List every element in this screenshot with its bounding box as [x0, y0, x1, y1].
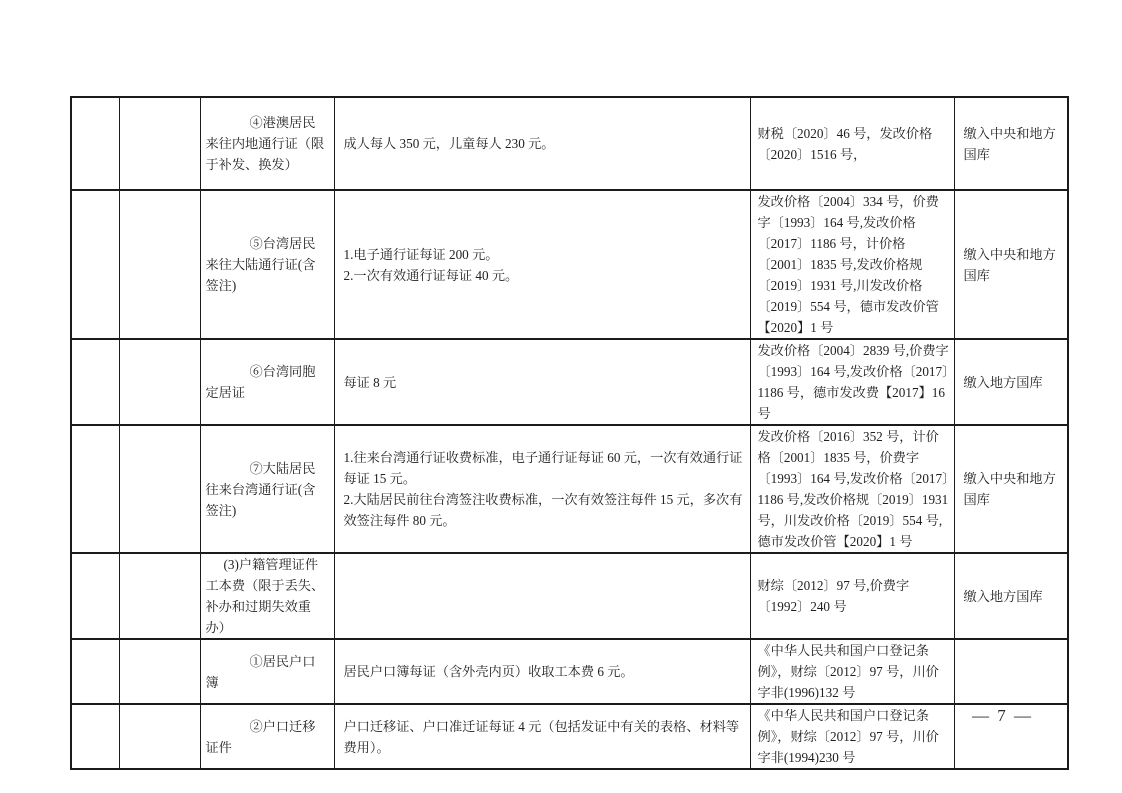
- table-row: ⑥台湾同胞定居证 每证 8 元 发改价格〔2004〕2839 号,价费字〔199…: [71, 339, 1068, 425]
- fee-cell: [334, 553, 750, 639]
- treasury-label: 缴入中央和地方国库: [955, 468, 1068, 510]
- item-name-cell: ②户口迁移证件: [200, 704, 334, 769]
- reference-docs-cell: 财税〔2020〕46 号，发改价格〔2020〕1516 号，: [750, 97, 954, 190]
- item-name: ①居民户口簿: [201, 651, 334, 693]
- empty-cell: [119, 553, 200, 639]
- table-row: ①居民户口簿 居民户口簿每证（含外壳内页）收取工本费 6 元。 《中华人民共和国…: [71, 639, 1068, 704]
- fee-line: 居民户口簿每证（含外壳内页）收取工本费 6 元。: [335, 661, 750, 682]
- reference-docs: 发改价格〔2004〕334 号，价费字〔1993〕164 号,发改价格〔2017…: [751, 191, 954, 338]
- fee-cell: 每证 8 元: [334, 339, 750, 425]
- item-name-cell: ①居民户口簿: [200, 639, 334, 704]
- item-name-cell: ⑤台湾居民来往大陆通行证(含签注): [200, 190, 334, 339]
- fee-cell: 户口迁移证、户口准迁证每证 4 元（包括发证中有关的表格、材料等费用）。: [334, 704, 750, 769]
- empty-cell: [119, 425, 200, 553]
- empty-cell: [119, 339, 200, 425]
- reference-docs: 发改价格〔2004〕2839 号,价费字〔1993〕164 号,发改价格〔201…: [751, 340, 954, 424]
- reference-docs-cell: 发改价格〔2004〕2839 号,价费字〔1993〕164 号,发改价格〔201…: [750, 339, 954, 425]
- fee-cell: 成人每人 350 元，儿童每人 230 元。: [334, 97, 750, 190]
- item-name: ⑦大陆居民往来台湾通行证(含签注): [201, 458, 334, 521]
- empty-cell: [71, 425, 119, 553]
- table-row: ②户口迁移证件 户口迁移证、户口准迁证每证 4 元（包括发证中有关的表格、材料等…: [71, 704, 1068, 769]
- fee-line: 2.一次有效通行证每证 40 元。: [335, 265, 750, 286]
- fee-line: 1.电子通行证每证 200 元。: [335, 244, 750, 265]
- item-name-cell: ⑥台湾同胞定居证: [200, 339, 334, 425]
- empty-cell: [119, 639, 200, 704]
- empty-cell: [119, 190, 200, 339]
- page-number: — 7 —: [950, 706, 1055, 726]
- item-name: ④港澳居民来往内地通行证（限于补发、换发）: [201, 112, 334, 175]
- treasury-cell: [954, 639, 1068, 704]
- reference-docs: 发改价格〔2016〕352 号，计价格〔2001〕1835 号，价费字〔1993…: [751, 426, 954, 552]
- fee-line: 成人每人 350 元，儿童每人 230 元。: [335, 133, 750, 154]
- reference-docs: 财税〔2020〕46 号，发改价格〔2020〕1516 号，: [751, 123, 954, 165]
- empty-cell: [71, 190, 119, 339]
- table-row: ⑤台湾居民来往大陆通行证(含签注) 1.电子通行证每证 200 元。 2.一次有…: [71, 190, 1068, 339]
- reference-docs: 财综〔2012〕97 号,价费字〔1992〕240 号: [751, 575, 954, 617]
- item-name: ⑤台湾居民来往大陆通行证(含签注): [201, 233, 334, 296]
- fee-cell: 1.电子通行证每证 200 元。 2.一次有效通行证每证 40 元。: [334, 190, 750, 339]
- empty-cell: [71, 97, 119, 190]
- treasury-label: 缴入中央和地方国库: [955, 244, 1068, 286]
- fee-cell: 1.往来台湾通行证收费标准，电子通行证每证 60 元，一次有效通行证每证 15 …: [334, 425, 750, 553]
- reference-docs-cell: 《中华人民共和国户口登记条例》，财综〔2012〕97 号，川价字非(1996)1…: [750, 639, 954, 704]
- fee-line: 1.往来台湾通行证收费标准，电子通行证每证 60 元，一次有效通行证每证 15 …: [335, 447, 750, 489]
- item-name-cell: ④港澳居民来往内地通行证（限于补发、换发）: [200, 97, 334, 190]
- reference-docs-cell: 财综〔2012〕97 号,价费字〔1992〕240 号: [750, 553, 954, 639]
- fee-line: 2.大陆居民前往台湾签注收费标准，一次有效签注每件 15 元，多次有效签注每件 …: [335, 489, 750, 531]
- treasury-label: 缴入地方国库: [955, 372, 1068, 393]
- fee-schedule-table: ④港澳居民来往内地通行证（限于补发、换发） 成人每人 350 元，儿童每人 23…: [70, 96, 1069, 770]
- empty-cell: [71, 553, 119, 639]
- reference-docs-cell: 发改价格〔2016〕352 号，计价格〔2001〕1835 号，价费字〔1993…: [750, 425, 954, 553]
- treasury-cell: 缴入中央和地方国库: [954, 97, 1068, 190]
- empty-cell: [71, 639, 119, 704]
- empty-cell: [119, 97, 200, 190]
- treasury-cell: 缴入中央和地方国库: [954, 190, 1068, 339]
- treasury-label: 缴入中央和地方国库: [955, 123, 1068, 165]
- item-name-cell: ⑦大陆居民往来台湾通行证(含签注): [200, 425, 334, 553]
- fee-line: 每证 8 元: [335, 372, 750, 393]
- reference-docs-cell: 发改价格〔2004〕334 号，价费字〔1993〕164 号,发改价格〔2017…: [750, 190, 954, 339]
- empty-cell: [71, 704, 119, 769]
- table-row: (3)户籍管理证件工本费（限于丢失、补办和过期失效重办） 财综〔2012〕97 …: [71, 553, 1068, 639]
- fee-line: 户口迁移证、户口准迁证每证 4 元（包括发证中有关的表格、材料等费用）。: [335, 716, 750, 758]
- table-row: ⑦大陆居民往来台湾通行证(含签注) 1.往来台湾通行证收费标准，电子通行证每证 …: [71, 425, 1068, 553]
- empty-cell: [119, 704, 200, 769]
- item-name-cell: (3)户籍管理证件工本费（限于丢失、补办和过期失效重办）: [200, 553, 334, 639]
- treasury-cell: 缴入中央和地方国库: [954, 425, 1068, 553]
- item-name: ⑥台湾同胞定居证: [201, 361, 334, 403]
- reference-docs: 《中华人民共和国户口登记条例》，财综〔2012〕97 号，川价字非(1994)2…: [751, 705, 954, 768]
- treasury-cell: 缴入地方国库: [954, 553, 1068, 639]
- fee-cell: 居民户口簿每证（含外壳内页）收取工本费 6 元。: [334, 639, 750, 704]
- empty-cell: [71, 339, 119, 425]
- reference-docs-cell: 《中华人民共和国户口登记条例》，财综〔2012〕97 号，川价字非(1994)2…: [750, 704, 954, 769]
- reference-docs: 《中华人民共和国户口登记条例》，财综〔2012〕97 号，川价字非(1996)1…: [751, 640, 954, 703]
- item-name: ②户口迁移证件: [201, 716, 334, 758]
- table-row: ④港澳居民来往内地通行证（限于补发、换发） 成人每人 350 元，儿童每人 23…: [71, 97, 1068, 190]
- document-page: ④港澳居民来往内地通行证（限于补发、换发） 成人每人 350 元，儿童每人 23…: [0, 0, 1122, 793]
- treasury-label: 缴入地方国库: [955, 586, 1068, 607]
- treasury-cell: 缴入地方国库: [954, 339, 1068, 425]
- item-name: (3)户籍管理证件工本费（限于丢失、补办和过期失效重办）: [201, 554, 334, 638]
